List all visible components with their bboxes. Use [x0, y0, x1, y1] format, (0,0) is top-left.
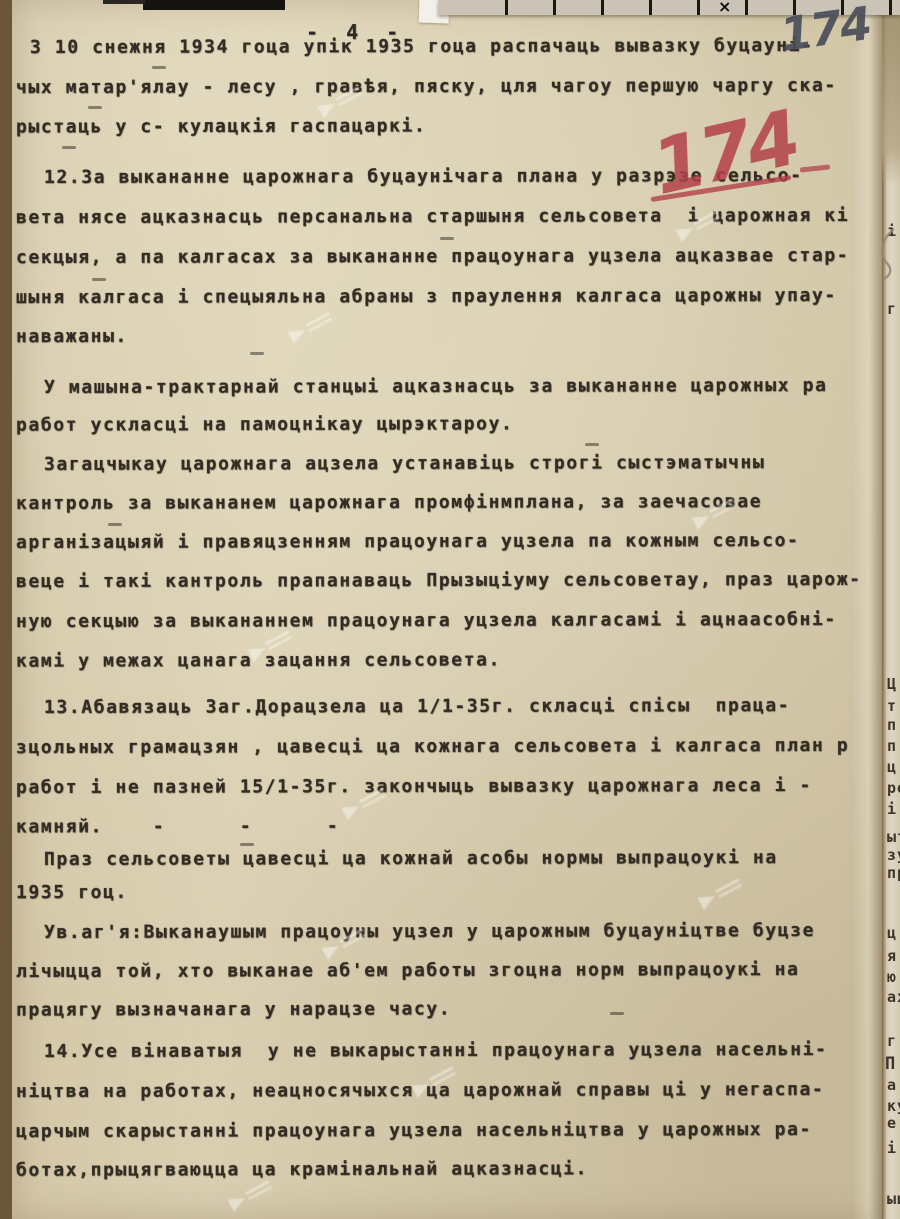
ink-smudge — [250, 352, 264, 355]
black-band-thin — [103, 0, 145, 4]
edge-fragment: Ц — [887, 675, 897, 693]
scanned-document: - 4 - З 10 снежня 1934 гоца упік 1935 го… — [0, 0, 900, 1219]
page-edge-sliver: і г Ц т п п ц ре і ыт зу пр ц я ю ах г П… — [882, 0, 900, 1219]
edge-fragment: пр — [887, 864, 900, 882]
edge-fragment: ю — [887, 968, 897, 986]
edge-fragment: зу — [887, 846, 900, 864]
ink-smudge — [92, 278, 106, 281]
doc-line: камняй. - - - — [16, 816, 339, 838]
edge-fragment: е — [887, 1114, 897, 1132]
ruler-x-mark: × — [718, 0, 731, 16]
doc-line: рыстаць у с- кулацкія гаспацаркі. — [16, 115, 426, 137]
edge-fragment: П — [885, 1054, 896, 1074]
doc-line: кантроль за выкананем царожнага промфінм… — [16, 491, 762, 514]
doc-line: Загацчыкау царожнага ацзела устанавіць с… — [44, 452, 765, 475]
doc-line: 14.Усе вінаватыя у не выкарыстанні працо… — [44, 1039, 828, 1062]
doc-line: секцыя, а па калгасах за выкананне працо… — [16, 245, 849, 268]
doc-line: ную секцыю за выкананнем працоунага уцзе… — [16, 609, 837, 632]
edge-fragment: я — [887, 947, 897, 965]
doc-line: наважаны. — [16, 326, 128, 347]
edge-fragment: п — [887, 737, 897, 755]
archive-watermark-icon — [284, 303, 339, 351]
edge-fragment: і — [887, 800, 897, 818]
black-band — [143, 0, 285, 10]
edge-fragment: ре — [887, 779, 900, 797]
sliver-shade — [882, 0, 900, 185]
doc-line: царчым скарыстанні працоунага уцзела нас… — [16, 1119, 812, 1142]
edge-fragment: п — [887, 716, 897, 734]
edge-fragment: а — [887, 1076, 897, 1094]
ink-smudge — [108, 523, 122, 526]
ink-smudge — [585, 443, 599, 446]
doc-line: зцольных грамацзян , цавесці ца кожнага … — [16, 735, 849, 758]
doc-line: чых матар'ялау - лесу , гравѣя, пяску, ц… — [16, 75, 837, 98]
pencil-squiggle-mark — [878, 226, 898, 282]
doc-line: ботах,прыцягваюцца ца крамінальнай ацказ… — [16, 1158, 588, 1180]
ink-smudge — [610, 1012, 624, 1015]
doc-line: работ і не пазней 15/1-35г. закончыць вы… — [16, 775, 812, 798]
edge-fragment: г — [887, 1032, 897, 1050]
ink-smudge — [152, 66, 166, 69]
red-dash-mark — [800, 164, 830, 172]
doc-line: 13.Абавязаць Заг.Дорацзела ца 1/1-35г. с… — [44, 695, 790, 718]
doc-line: У машына-трактарнай станцыі ацказнасць з… — [44, 375, 828, 398]
doc-line: арганізацыяй і правяцзенням працоунага у… — [16, 530, 800, 553]
edge-fragment: ц — [887, 758, 897, 776]
edge-fragment: т — [887, 697, 897, 715]
doc-line: работ ускласці на памоцнікау цырэктароу. — [16, 413, 514, 435]
doc-line: працягу вызначанага у нарацзе часу. — [16, 998, 451, 1020]
ink-smudge — [88, 106, 102, 109]
edge-fragment: г — [887, 300, 897, 318]
edge-fragment: і — [887, 1139, 897, 1157]
ink-smudge — [440, 237, 454, 240]
document-page: - 4 - З 10 снежня 1934 гоца упік 1935 го… — [12, 0, 882, 1219]
doc-line: веце і такі кантроль прапанаваць Прызыці… — [16, 569, 862, 592]
edge-fragment: ку — [887, 1097, 900, 1115]
doc-line: Ув.аг'я:Выканаушым працоуны уцзел у царо… — [44, 920, 815, 943]
doc-line: Праз сельсоветы цавесці ца кожнай асобы … — [44, 847, 778, 870]
doc-line: З 10 снежня 1934 гоца упік 1935 гоца рас… — [30, 35, 814, 58]
doc-line: 1935 гоц. — [16, 882, 128, 903]
edge-fragment: ах — [887, 988, 900, 1006]
ink-smudge — [240, 843, 254, 846]
doc-line: лічыцца той, хто выканае аб'ем работы зг… — [16, 959, 800, 982]
edge-fragment: ыц — [887, 1190, 900, 1208]
edge-fragment: ц — [887, 924, 897, 942]
edge-fragment: ыт — [887, 828, 900, 846]
archive-watermark-icon — [694, 869, 749, 917]
ink-smudge — [62, 146, 76, 149]
doc-line: шыня калгаса і спецыяльна абраны з праул… — [16, 285, 837, 308]
